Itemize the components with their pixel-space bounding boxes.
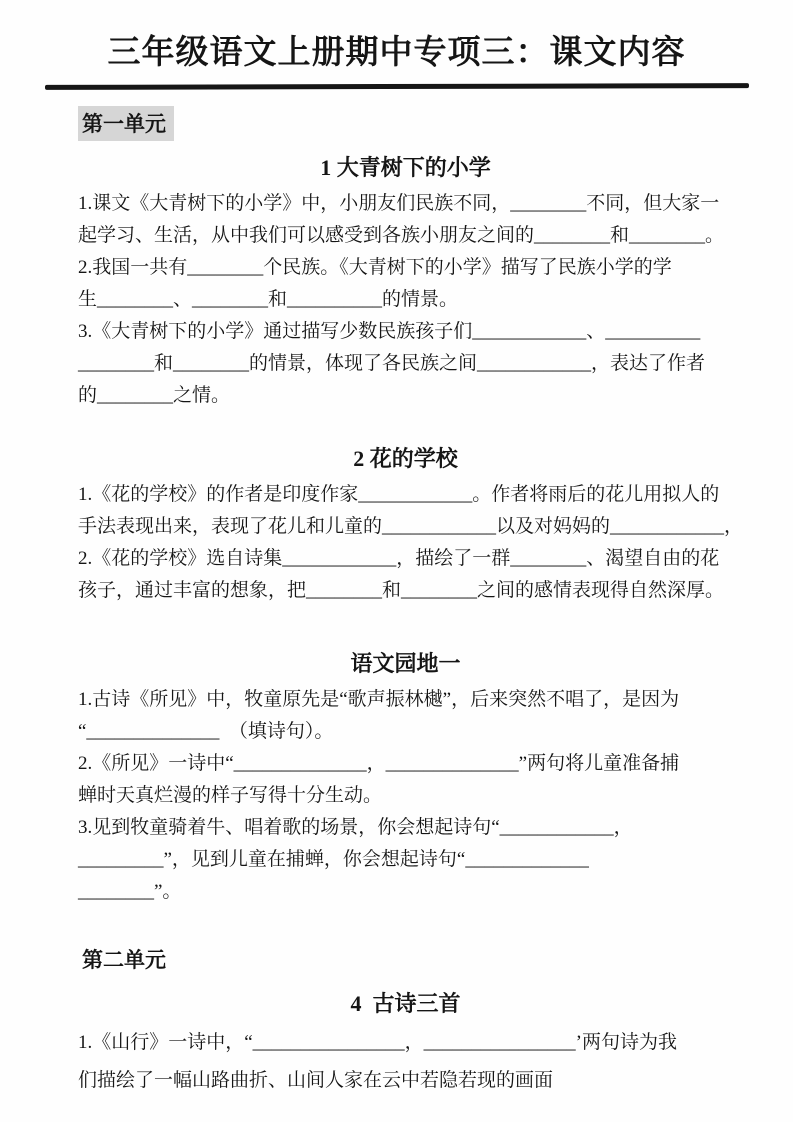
question-line: 蝉时天真烂漫的样子写得十分生动。 (78, 780, 733, 812)
question-line: 起学习、生活，从中我们可以感受到各族小朋友之间的________和_______… (78, 220, 733, 252)
question-line: “______________ （填诗句）。 (78, 716, 733, 748)
page-title: 三年级语文上册期中专项三：课文内容 (0, 0, 793, 73)
unit-1-label: 第一单元 (78, 106, 174, 141)
lesson-2-questions: 1.《花的学校》的作者是印度作家____________。作者将雨后的花儿用拟人… (78, 479, 733, 607)
question-line: 1.课文《大青树下的小学》中，小朋友们民族不同，________不同，但大家一 (78, 188, 733, 220)
garden-1-heading: 语文园地一 (78, 647, 733, 678)
question-line: 们描绘了一幅山路曲折、山间人家在云中若隐若现的画面 (78, 1062, 733, 1100)
question-line: 手法表现出来，表现了花儿和儿童的____________以及对妈妈的______… (78, 511, 733, 543)
question-line: 1.《花的学校》的作者是印度作家____________。作者将雨后的花儿用拟人… (78, 479, 733, 511)
question-line: 生________、________和__________的情景。 (78, 284, 733, 316)
question-line: _________”，见到儿童在捕蝉，你会想起诗句“_____________ (78, 844, 733, 876)
unit-2-label: 第二单元 (78, 942, 174, 977)
question-line: 2.我国一共有________个民族。《大青树下的小学》描写了民族小学的学 (78, 252, 733, 284)
lesson-4-questions: 1.《山行》一诗中，“________________，____________… (78, 1024, 733, 1100)
garden-1-questions: 1.古诗《所见》中，牧童原先是“歌声振林樾”，后来突然不唱了，是因为 “____… (78, 684, 733, 908)
worksheet-page: 三年级语文上册期中专项三：课文内容 第一单元 1 大青树下的小学 1.课文《大青… (0, 0, 793, 1122)
question-line: ________”。 (78, 876, 733, 908)
lesson-1-heading: 1 大青树下的小学 (78, 151, 733, 182)
worksheet-content: 第一单元 1 大青树下的小学 1.课文《大青树下的小学》中，小朋友们民族不同，_… (0, 89, 793, 1100)
lesson-2-heading: 2 花的学校 (78, 442, 733, 473)
question-line: 孩子，通过丰富的想象，把________和________之间的感情表现得自然深… (78, 575, 733, 607)
question-line: 1.《山行》一诗中，“________________，____________… (78, 1024, 733, 1062)
question-line: ________和________的情景，体现了各民族之间___________… (78, 348, 733, 380)
question-line: 2.《所见》一诗中“______________，______________”… (78, 748, 733, 780)
lesson-4-heading: 4 古诗三首 (78, 987, 733, 1018)
lesson-1-questions: 1.课文《大青树下的小学》中，小朋友们民族不同，________不同，但大家一 … (78, 188, 733, 412)
question-line: 3.见到牧童骑着牛、唱着歌的场景，你会想起诗句“____________， (78, 812, 733, 844)
question-line: 3.《大青树下的小学》通过描写少数民族孩子们____________、_____… (78, 316, 733, 348)
question-line: 2.《花的学校》选自诗集____________，描绘了一群________、渴… (78, 543, 733, 575)
question-line: 1.古诗《所见》中，牧童原先是“歌声振林樾”，后来突然不唱了，是因为 (78, 684, 733, 716)
question-line: 的________之情。 (78, 380, 733, 412)
